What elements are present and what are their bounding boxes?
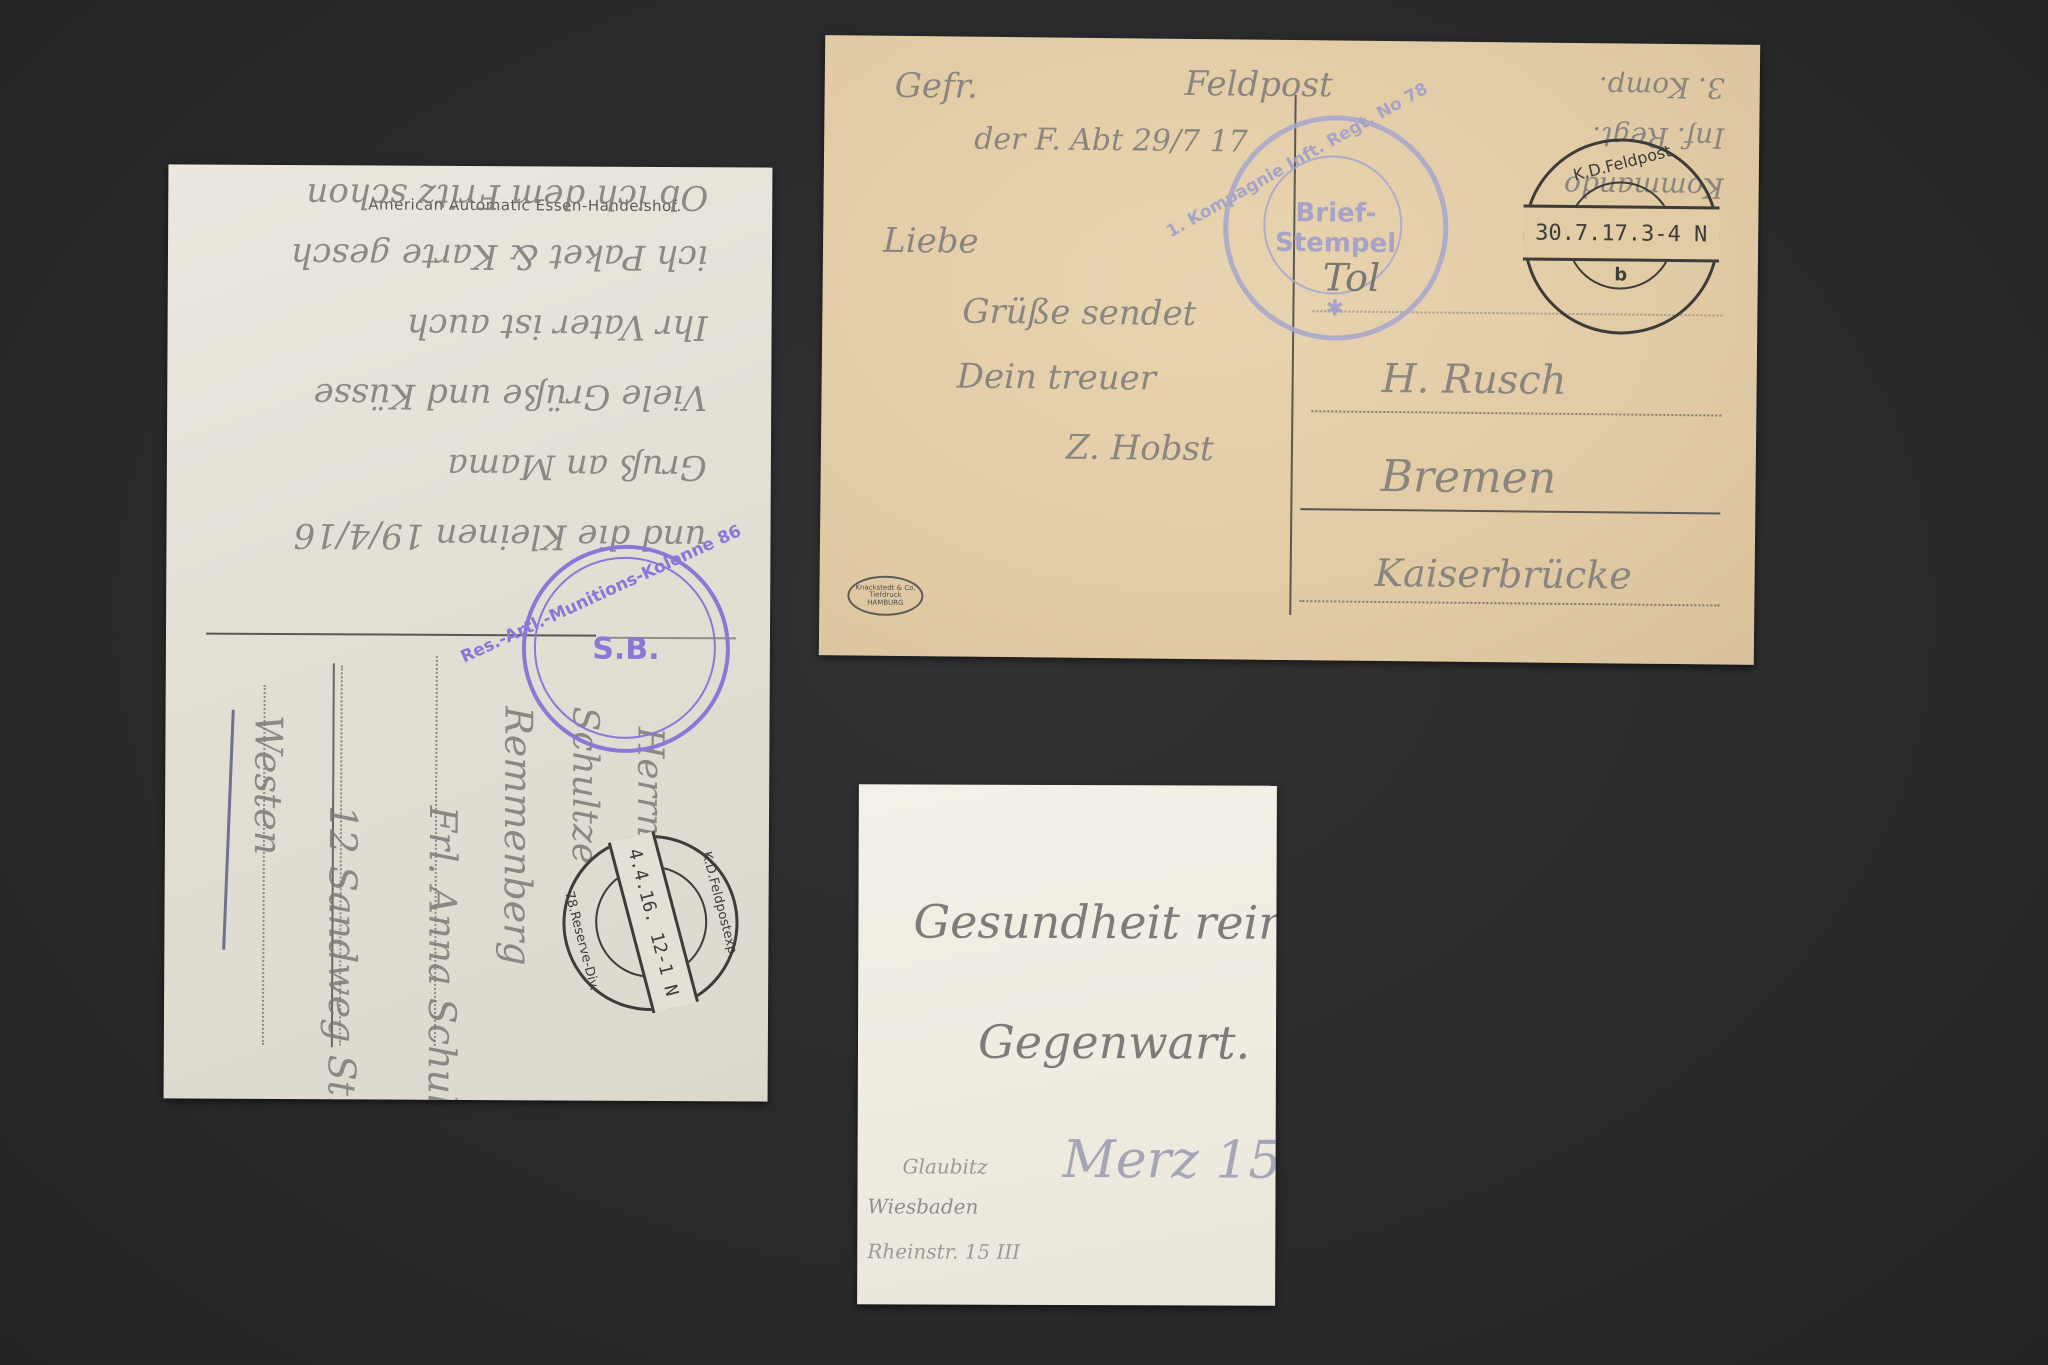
message-line: Viele Grüße und Küsse (313, 375, 707, 417)
stamp-center-line1: Brief- (1295, 198, 1376, 229)
stamp-center-text: S.B. (592, 631, 659, 666)
header-feldpost: Feldpost (1185, 64, 1333, 106)
message-line: Ihr Vater ist auch (407, 306, 708, 348)
postmark-letter: b (1614, 264, 1627, 285)
stamp-center-line2: Stempel (1275, 227, 1396, 258)
greeting-signature: Z. Hobst (1066, 428, 1214, 470)
greeting-line: Dein treuer (956, 357, 1156, 399)
postmark-ring-bottom: 78.Reserve-Div. (561, 890, 601, 993)
address-rule (1299, 600, 1719, 606)
unit-stamp-purple: Res.-Artl.-Munitions-Kolonne 86 S.B. (521, 544, 730, 753)
address-city: Bremen (1380, 451, 1556, 504)
pencil-stroke (222, 710, 235, 950)
star-icon: ✱ (1326, 296, 1345, 321)
address-line: Frl. Anna Schulte 1884/22 (418, 806, 465, 1102)
large-signature: Merz 15. (1062, 1130, 1276, 1191)
sender-city: Wiesbaden (867, 1194, 978, 1218)
address-name: H. Rusch (1381, 356, 1566, 404)
publisher-city: HAMBURG (867, 599, 903, 607)
message-line: Ob ich dem Fritz schon (306, 175, 708, 217)
address-rule-solid (1300, 508, 1720, 514)
unit-stamp-lilac: 1. Kompagnie Inft. Regt. No 78 Brief- St… (1222, 114, 1449, 341)
left-postcard: American Automatic Essen-Handelshof. Ob … (164, 164, 773, 1101)
topright-postcard: Gefr. der F. Abt 29/7 17 Feldpost 3. Kom… (819, 35, 1760, 665)
address-street: Kaiserbrücke (1374, 551, 1632, 598)
address-line: Westen (246, 715, 291, 855)
sender-line: 3. Komp. (1599, 70, 1725, 104)
feldpost-postmark: 30.7.17.3-4 N K.D.Feldpost b (1522, 137, 1720, 335)
postmark-date: 4.4.16. 12-1 N (624, 846, 683, 998)
sender-street: Rheinstr. 15 III (867, 1239, 1020, 1264)
greeting-salutation: Liebe (883, 221, 979, 262)
address-rule (1311, 410, 1721, 416)
bottom-card: Gesundheit reinigen, Gegenwart. Merz 15.… (857, 784, 1277, 1305)
greeting-line: Grüße sendet (962, 292, 1196, 334)
header-unit: der F. Abt 29/7 17 (974, 122, 1248, 160)
heading-line: Gesundheit reinigen, (913, 894, 1277, 950)
signature-initials: Tol (1323, 255, 1381, 300)
publisher-mark: Knackstedt & Co. Tiefdruck HAMBURG (847, 575, 923, 616)
address-line: 12 Sandweg Str. (319, 805, 365, 1101)
message-line: Gruß an Mama (447, 446, 707, 487)
postmark-ring-top: K.D.Feldpost (1571, 141, 1673, 184)
message-line: ich Paket & Karte gesch (291, 235, 709, 277)
address-line: Remmenberg (495, 706, 540, 966)
header-rank: Gefr. (895, 66, 979, 107)
postmark-date: 30.7.17.3-4 N (1535, 220, 1707, 247)
heading-line: Gegenwart. (978, 1015, 1250, 1070)
sender-name: Glaubitz (903, 1154, 988, 1178)
